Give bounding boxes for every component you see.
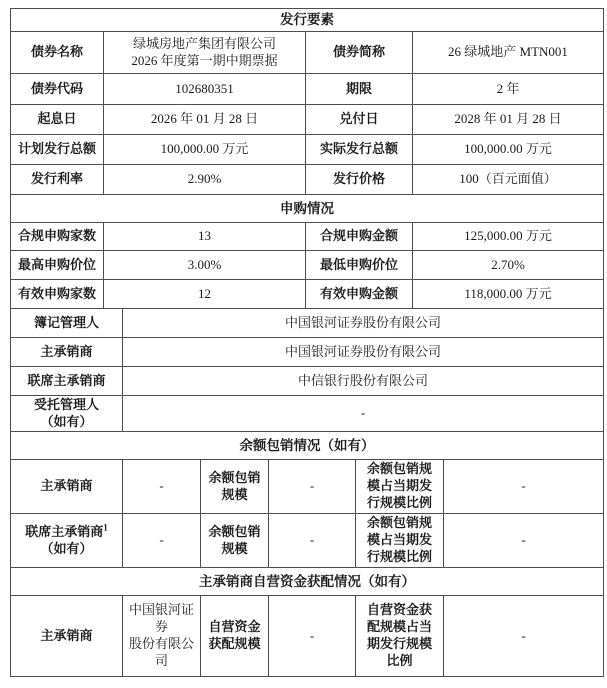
label-line: 受托管理人	[34, 397, 99, 414]
section-row-balance-underwriting: 余额包销情况（如有）	[11, 432, 604, 460]
footnote-marker: 1	[103, 522, 108, 532]
value-line: 2026 年度第一期中期票据	[131, 53, 277, 70]
label-cell: 有效申购金额	[306, 280, 413, 309]
label-cell: 债券代码	[11, 74, 104, 105]
label-cell: 主承销商	[11, 460, 123, 514]
label-cell: 债券简称	[306, 32, 413, 74]
value-cell: 118,000.00 万元	[413, 280, 604, 309]
document-page: 发行要素 债券名称 绿城房地产集团有限公司 2026 年度第一期中期票据 债券简…	[0, 0, 607, 677]
table-row: 发行利率 2.90% 发行价格 100（百元面值）	[11, 165, 604, 195]
value-cell: 2.90%	[104, 165, 306, 195]
table-row: 起息日 2026 年 01 月 28 日 兑付日 2028 年 01 月 28 …	[11, 105, 604, 135]
value-cell: 2.70%	[413, 251, 604, 280]
label-cell: 主承销商	[11, 596, 123, 677]
label-cell: 计划发行总额	[11, 135, 104, 165]
label-line: 自营资金获	[367, 602, 432, 619]
value-cell: 100,000.00 万元	[104, 135, 306, 165]
table-row: 受托管理人 （如有） -	[11, 396, 604, 432]
section-title: 申购情况	[11, 195, 604, 223]
label-cell: 余额包销 规模	[201, 460, 269, 514]
value-cell: -	[269, 514, 356, 568]
label-cell: 余额包销 规模	[201, 514, 269, 568]
value-cell: -	[444, 460, 604, 514]
label-text: 联席主承销商	[25, 524, 103, 539]
label-line: 行规模比例	[367, 549, 432, 566]
bond-issuance-table: 发行要素 债券名称 绿城房地产集团有限公司 2026 年度第一期中期票据 债券简…	[10, 8, 604, 677]
label-cell: 发行利率	[11, 165, 104, 195]
section-title: 余额包销情况（如有）	[11, 432, 604, 460]
value-cell: 中国银河证券股份有限公司	[123, 309, 604, 338]
label-line: 模占当期发	[367, 532, 432, 549]
value-cell: 中信银行股份有限公司	[123, 367, 604, 396]
label-line: 余额包销	[208, 524, 260, 541]
label-line: 获配规模	[208, 636, 260, 653]
value-cell: 13	[104, 223, 306, 251]
label-cell: 联席主承销商	[11, 367, 123, 396]
value-cell: 2026 年 01 月 28 日	[104, 105, 306, 135]
label-cell: 合规申购金额	[306, 223, 413, 251]
label-line: 行规模比例	[367, 495, 432, 512]
label-cell: 最高申购价位	[11, 251, 104, 280]
label-cell: 主承销商	[11, 338, 123, 367]
value-cell: 12	[104, 280, 306, 309]
value-cell: 100,000.00 万元	[413, 135, 604, 165]
label-line: （如有）	[40, 541, 92, 558]
table-row: 联席主承销商 中信银行股份有限公司	[11, 367, 604, 396]
section-title: 主承销商自营资金获配情况（如有）	[11, 568, 604, 596]
label-cell: 余额包销规 模占当期发 行规模比例	[356, 460, 444, 514]
table-row: 有效申购家数 12 有效申购金额 118,000.00 万元	[11, 280, 604, 309]
value-cell: -	[123, 396, 604, 432]
value-cell: 100（百元面值）	[413, 165, 604, 195]
value-cell: 125,000.00 万元	[413, 223, 604, 251]
section-row-issue-elements: 发行要素	[11, 9, 604, 32]
section-row-proprietary-allocation: 主承销商自营资金获配情况（如有）	[11, 568, 604, 596]
value-cell: 中国银河证券股份有限公司	[123, 338, 604, 367]
label-cell: 实际发行总额	[306, 135, 413, 165]
label-cell: 受托管理人 （如有）	[11, 396, 123, 432]
label-line: 自营资金	[208, 619, 260, 636]
section-row-subscription: 申购情况	[11, 195, 604, 223]
label-cell: 自营资金获 配规模占当 期发行规模 比例	[356, 596, 444, 677]
table-row: 债券代码 102680351 期限 2 年	[11, 74, 604, 105]
value-line: 中国银河证券	[125, 602, 198, 636]
value-cell: -	[444, 514, 604, 568]
label-cell: 最低申购价位	[306, 251, 413, 280]
value-cell: 3.00%	[104, 251, 306, 280]
value-cell: -	[269, 460, 356, 514]
table-row: 主承销商 - 余额包销 规模 - 余额包销规 模占当期发 行规模比例 -	[11, 460, 604, 514]
label-cell: 债券名称	[11, 32, 104, 74]
value-line: 绿城房地产集团有限公司	[133, 36, 276, 53]
table-row: 计划发行总额 100,000.00 万元 实际发行总额 100,000.00 万…	[11, 135, 604, 165]
label-line: 模占当期发	[367, 478, 432, 495]
table-row: 联席主承销商1 （如有） - 余额包销 规模 - 余额包销规 模占当期发 行规模…	[11, 514, 604, 568]
label-line: 余额包销	[208, 470, 260, 487]
value-cell: 中国银河证券 股份有限公司	[123, 596, 201, 677]
value-cell: 26 绿城地产 MTN001	[413, 32, 604, 74]
table-row: 债券名称 绿城房地产集团有限公司 2026 年度第一期中期票据 债券简称 26 …	[11, 32, 604, 74]
label-line: 规模	[221, 487, 247, 504]
label-line: 余额包销规	[367, 461, 432, 478]
label-cell: 簿记管理人	[11, 309, 123, 338]
section-title: 发行要素	[11, 9, 604, 32]
value-cell: 2028 年 01 月 28 日	[413, 105, 604, 135]
label-cell: 有效申购家数	[11, 280, 104, 309]
value-cell: -	[123, 514, 201, 568]
label-cell: 合规申购家数	[11, 223, 104, 251]
label-cell: 起息日	[11, 105, 104, 135]
label-cell: 兑付日	[306, 105, 413, 135]
value-cell: 绿城房地产集团有限公司 2026 年度第一期中期票据	[104, 32, 306, 74]
label-line: 规模	[221, 541, 247, 558]
value-cell: -	[123, 460, 201, 514]
table-row: 最高申购价位 3.00% 最低申购价位 2.70%	[11, 251, 604, 280]
label-cell: 期限	[306, 74, 413, 105]
label-line: 期发行规模	[367, 636, 432, 653]
label-cell: 联席主承销商1 （如有）	[11, 514, 123, 568]
table-row: 簿记管理人 中国银河证券股份有限公司	[11, 309, 604, 338]
label-cell: 余额包销规 模占当期发 行规模比例	[356, 514, 444, 568]
label-cell: 自营资金 获配规模	[201, 596, 269, 677]
value-cell: 102680351	[104, 74, 306, 105]
label-line: 联席主承销商1	[25, 524, 108, 541]
table-row: 主承销商 中国银河证券股份有限公司	[11, 338, 604, 367]
value-cell: -	[269, 596, 356, 677]
table-row: 合规申购家数 13 合规申购金额 125,000.00 万元	[11, 223, 604, 251]
label-line: （如有）	[40, 414, 92, 431]
label-line: 比例	[386, 653, 412, 670]
label-line: 配规模占当	[367, 619, 432, 636]
label-cell: 发行价格	[306, 165, 413, 195]
label-line: 余额包销规	[367, 515, 432, 532]
value-line: 股份有限公司	[125, 636, 198, 670]
table-row: 主承销商 中国银河证券 股份有限公司 自营资金 获配规模 - 自营资金获 配规模…	[11, 596, 604, 677]
value-cell: -	[444, 596, 604, 677]
value-cell: 2 年	[413, 74, 604, 105]
